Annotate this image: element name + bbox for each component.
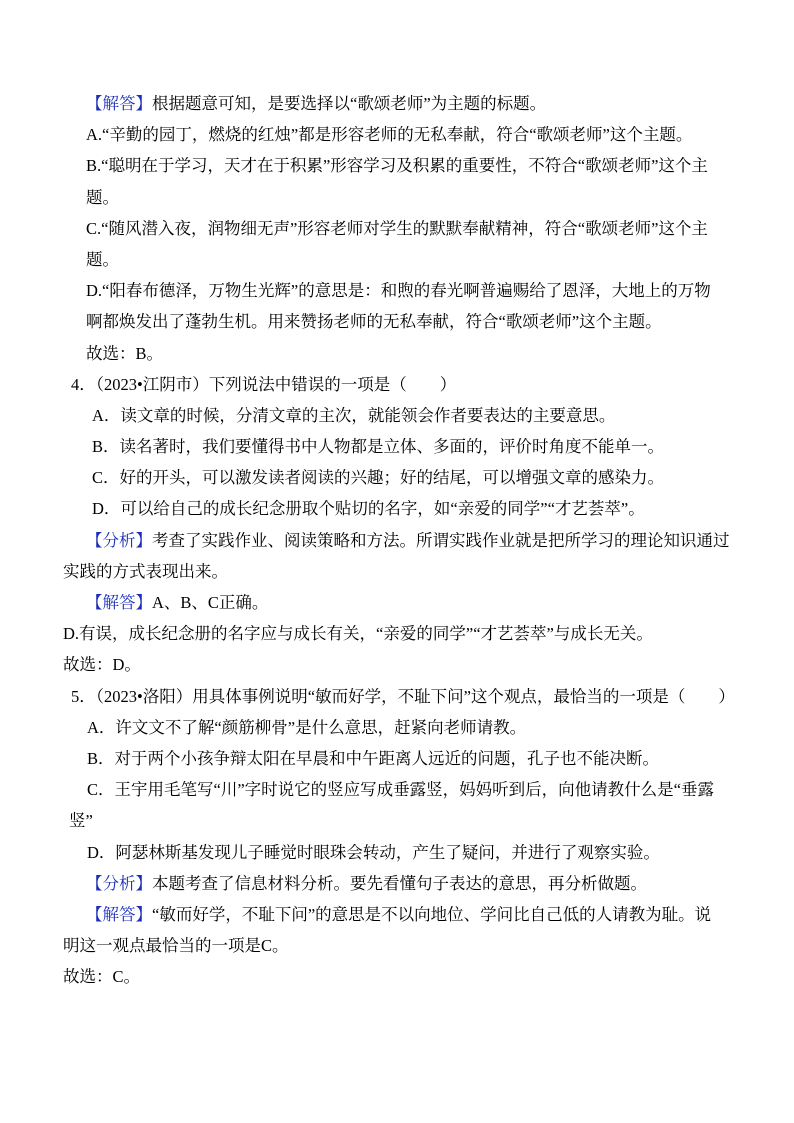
analysis-line: 【分析】本题考查了信息材料分析。要先看懂句子表达的意思，再分析做题。 (0, 868, 794, 899)
line-text: 竖” (69, 811, 93, 830)
line-text: 4．（2023•江阴市）下列说法中错误的一项是（ ） (71, 375, 456, 394)
analysis-line: 【分析】考查了实践作业、阅读策略和方法。所谓实践作业就是把所学习的理论知识通过 (0, 525, 794, 556)
line-text: C．好的开头，可以激发读者阅读的兴趣；好的结尾，可以增强文章的感染力。 (92, 468, 664, 487)
line-text: D.“阳春布德泽，万物生光辉”的意思是：和煦的春光啊普遍赐给了恩泽，大地上的万物 (86, 281, 711, 300)
analysis-marker: 【分析】 (86, 531, 152, 550)
line-text: A、B、C正确。 (152, 593, 268, 612)
option-a: A．许文文不了解“颜筋柳骨”是什么意思，赶紧向老师请教。 (0, 712, 794, 743)
line-text: A.“辛勤的园丁，燃烧的红烛”都是形容老师的无私奉献，符合“歌颂老师”这个主题。 (86, 125, 692, 144)
line-text: A．许文文不了解“颜筋柳骨”是什么意思，赶紧向老师请教。 (87, 718, 526, 737)
line-text: 根据题意可知，是要选择以“歌颂老师”为主题的标题。 (152, 94, 546, 113)
explain-marker: 【解答】 (86, 94, 152, 113)
explain-line: 【解答】根据题意可知，是要选择以“歌颂老师”为主题的标题。 (0, 88, 794, 119)
continuation-line: 题。 (0, 244, 794, 275)
line-text: 实践的方式表现出来。 (63, 562, 228, 581)
option-c: C．王宇用毛笔写“川”字时说它的竖应写成垂露竖，妈妈听到后，向他请教什么是“垂露 (0, 774, 794, 805)
line-text: 5．（2023•洛阳）用具体事例说明“敏而好学，不耻下问”这个观点，最恰当的一项… (71, 687, 735, 706)
continuation-line: 题。 (0, 182, 794, 213)
explain-line: 【解答】A、B、C正确。 (0, 587, 794, 618)
explain-marker: 【解答】 (86, 593, 152, 612)
line-text: 题。 (86, 250, 119, 269)
option-b: B．对于两个小孩争辩太阳在早晨和中午距离人远近的问题，孔子也不能决断。 (0, 743, 794, 774)
document-text: 【解答】根据题意可知，是要选择以“歌颂老师”为主题的标题。A.“辛勤的园丁，燃烧… (0, 0, 794, 992)
question-5: 5．（2023•洛阳）用具体事例说明“敏而好学，不耻下问”这个观点，最恰当的一项… (0, 681, 794, 712)
option-b: B．读名著时，我们要懂得书中人物都是立体、多面的，评价时角度不能单一。 (0, 431, 794, 462)
line-text: 故选：B。 (86, 344, 163, 363)
line-text: 题。 (86, 188, 119, 207)
line-text: C.“随风潜入夜，润物细无声”形容老师对学生的默默奉献精神，符合“歌颂老师”这个… (86, 219, 708, 238)
line-text: B．对于两个小孩争辩太阳在早晨和中午距离人远近的问题，孔子也不能决断。 (87, 749, 659, 768)
explain-line: 【解答】“敏而好学，不耻下问”的意思是不以向地位、学问比自己低的人请教为耻。说 (0, 899, 794, 930)
line-text: 明这一观点最恰当的一项是C。 (63, 936, 289, 955)
line-text: D.有误，成长纪念册的名字应与成长有关，“亲爱的同学”“才艺荟萃”与成长无关。 (63, 624, 653, 643)
conclusion-line: 故选：D。 (0, 649, 794, 680)
conclusion-line: 故选：C。 (0, 961, 794, 992)
conclusion-line: 故选：B。 (0, 338, 794, 369)
answer-option-c: C.“随风潜入夜，润物细无声”形容老师对学生的默默奉献精神，符合“歌颂老师”这个… (0, 213, 794, 244)
option-c: C．好的开头，可以激发读者阅读的兴趣；好的结尾，可以增强文章的感染力。 (0, 462, 794, 493)
line-text: B.“聪明在于学习，天才在于积累”形容学习及积累的重要性，不符合“歌颂老师”这个… (86, 156, 708, 175)
answer-option-a: A.“辛勤的园丁，燃烧的红烛”都是形容老师的无私奉献，符合“歌颂老师”这个主题。 (0, 119, 794, 150)
continuation-line: 竖” (0, 805, 794, 836)
answer-option-d: D.“阳春布德泽，万物生光辉”的意思是：和煦的春光啊普遍赐给了恩泽，大地上的万物 (0, 275, 794, 306)
continuation-line: 明这一观点最恰当的一项是C。 (0, 930, 794, 961)
line-text: B．读名著时，我们要懂得书中人物都是立体、多面的，评价时角度不能单一。 (92, 437, 664, 456)
option-a: A．读文章的时候，分清文章的主次，就能领会作者要表达的主要意思。 (0, 400, 794, 431)
analysis-marker: 【分析】 (86, 874, 152, 893)
continuation-line: 啊都焕发出了蓬勃生机。用来赞扬老师的无私奉献，符合“歌颂老师”这个主题。 (0, 306, 794, 337)
question-4: 4．（2023•江阴市）下列说法中错误的一项是（ ） (0, 369, 794, 400)
line-text: D．阿瑟林斯基发现儿子睡觉时眼珠会转动，产生了疑问，并进行了观察实验。 (87, 843, 660, 862)
document-page: 【解答】根据题意可知，是要选择以“歌颂老师”为主题的标题。A.“辛勤的园丁，燃烧… (0, 0, 794, 1123)
line-text: C．王宇用毛笔写“川”字时说它的竖应写成垂露竖，妈妈听到后，向他请教什么是“垂露 (87, 780, 714, 799)
answer-option-d: D.有误，成长纪念册的名字应与成长有关，“亲爱的同学”“才艺荟萃”与成长无关。 (0, 618, 794, 649)
line-text: A．读文章的时候，分清文章的主次，就能领会作者要表达的主要意思。 (92, 406, 615, 425)
line-text: 本题考查了信息材料分析。要先看懂句子表达的意思，再分析做题。 (152, 874, 647, 893)
option-d: D．阿瑟林斯基发现儿子睡觉时眼珠会转动，产生了疑问，并进行了观察实验。 (0, 837, 794, 868)
line-text: “敏而好学，不耻下问”的意思是不以向地位、学问比自己低的人请教为耻。说 (152, 905, 711, 924)
line-text: 故选：C。 (63, 967, 140, 986)
line-text: 故选：D。 (63, 655, 141, 674)
line-text: D．可以给自己的成长纪念册取个贴切的名字，如“亲爱的同学”“才艺荟萃”。 (92, 499, 645, 518)
answer-option-b: B.“聪明在于学习，天才在于积累”形容学习及积累的重要性，不符合“歌颂老师”这个… (0, 150, 794, 181)
explain-marker: 【解答】 (86, 905, 152, 924)
line-text: 啊都焕发出了蓬勃生机。用来赞扬老师的无私奉献，符合“歌颂老师”这个主题。 (86, 312, 662, 331)
line-text: 考查了实践作业、阅读策略和方法。所谓实践作业就是把所学习的理论知识通过 (152, 531, 730, 550)
continuation-line: 实践的方式表现出来。 (0, 556, 794, 587)
option-d: D．可以给自己的成长纪念册取个贴切的名字，如“亲爱的同学”“才艺荟萃”。 (0, 493, 794, 524)
